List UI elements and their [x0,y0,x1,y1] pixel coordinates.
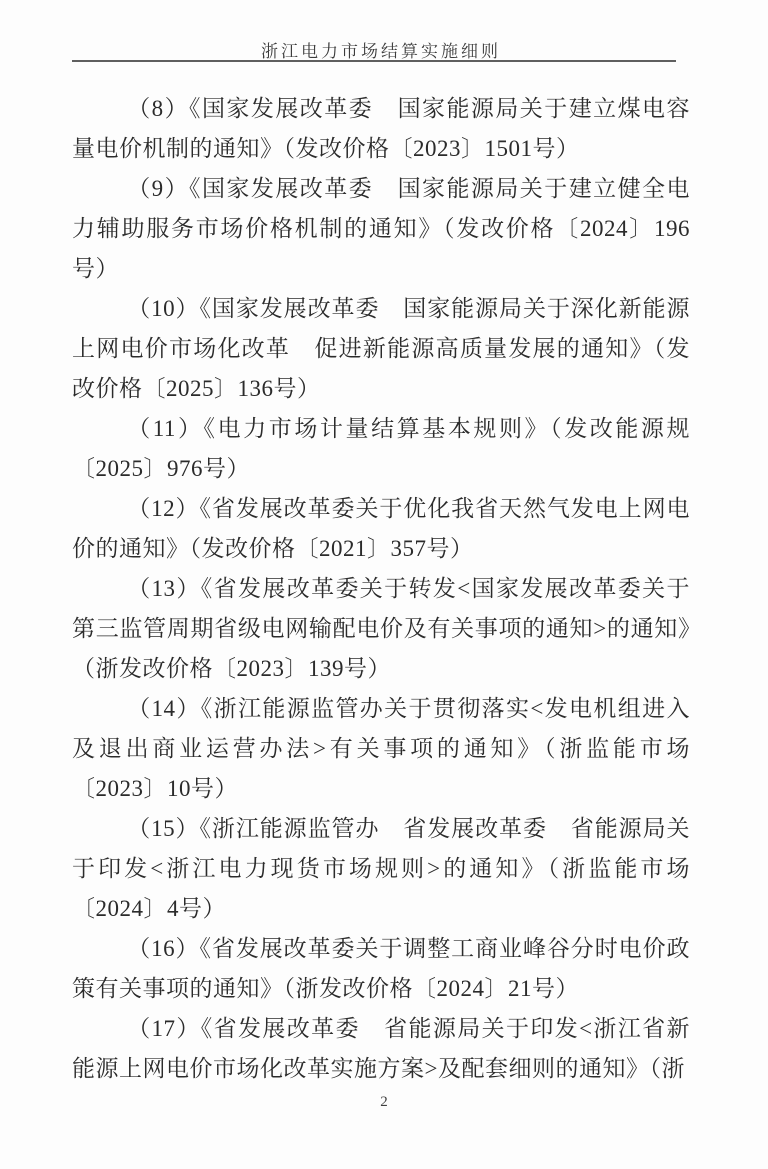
reference-item-16: （16）《省发展改革委关于调整工商业峰谷分时电价政策有关事项的通知》（浙发改价格… [72,929,690,1009]
header-title: 浙江电力市场结算实施细则 [72,37,690,62]
reference-item-10: （10）《国家发展改革委 国家能源局关于深化新能源上网电价市场化改革 促进新能源… [72,289,690,409]
page-number: 2 [380,1094,388,1110]
reference-item-8: （8）《国家发展改革委 国家能源局关于建立煤电容量电价机制的通知》（发改价格〔2… [72,89,690,169]
reference-item-15: （15）《浙江能源监管办 省发展改革委 省能源局关于印发<浙江电力现货市场规则>… [72,809,690,929]
reference-item-17: （17）《省发展改革委 省能源局关于印发<浙江省新能源上网电价市场化改革实施方案… [72,1009,690,1089]
reference-item-12: （12）《省发展改革委关于优化我省天然气发电上网电价的通知》（发改价格〔2021… [72,489,690,569]
page-footer: 2 [0,1094,768,1111]
document-page: 浙江电力市场结算实施细则 （8）《国家发展改革委 国家能源局关于建立煤电容量电价… [0,0,768,1169]
reference-item-13: （13）《省发展改革委关于转发<国家发展改革委关于第三监管周期省级电网输配电价及… [72,569,690,689]
reference-item-9: （9）《国家发展改革委 国家能源局关于建立健全电力辅助服务市场价格机制的通知》（… [72,169,690,289]
reference-item-14: （14）《浙江能源监管办关于贯彻落实<发电机组进入及退出商业运营办法>有关事项的… [72,689,690,809]
document-body: （8）《国家发展改革委 国家能源局关于建立煤电容量电价机制的通知》（发改价格〔2… [72,89,690,1089]
header-rule [72,60,676,62]
reference-item-11: （11）《电力市场计量结算基本规则》（发改能源规〔2025〕976号） [72,409,690,489]
